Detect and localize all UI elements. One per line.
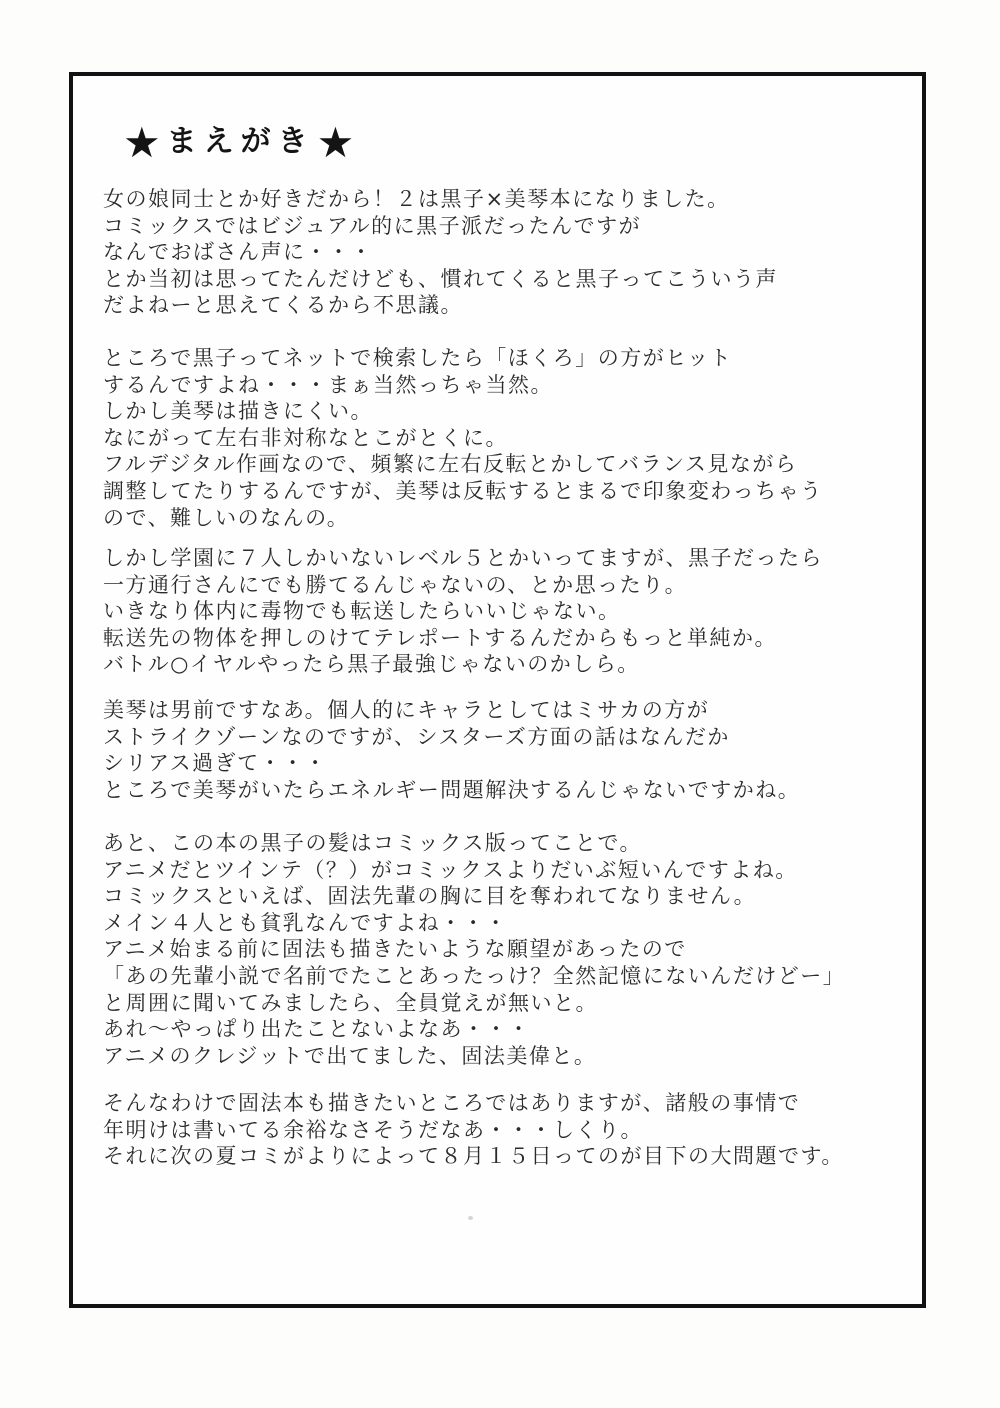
star-icon: ★ bbox=[123, 118, 161, 167]
text-line: ところで美琴がいたらエネルギー問題解決するんじゃないですかね。 bbox=[103, 777, 912, 804]
page-title-text: まえがき bbox=[167, 124, 315, 159]
text-line: だよねーと思えてくるから不思議。 bbox=[103, 292, 912, 319]
text-line: そんなわけで固法本も描きたいところではありますが、諸般の事情で bbox=[103, 1090, 912, 1117]
star-icon: ★ bbox=[317, 118, 355, 167]
paragraph-4: 美琴は男前ですなあ。個人的にキャラとしてはミサカの方が ストライクゾーンなのです… bbox=[103, 697, 912, 803]
paragraph-2: ところで黒子ってネットで検索したら「ほくろ」の方がヒット するんですよね・・・ま… bbox=[103, 345, 912, 531]
text-line: ストライクゾーンなのですが、シスターズ方面の話はなんだか bbox=[103, 724, 912, 751]
paragraph-6: そんなわけで固法本も描きたいところではありますが、諸般の事情で 年明けは書いてる… bbox=[103, 1090, 912, 1170]
text-line: アニメ始まる前に固法も描きたいような願望があったので bbox=[103, 936, 912, 963]
text-line: しかし学園に７人しかいないレベル５とかいってますが、黒子だったら bbox=[103, 545, 912, 572]
text-line: それに次の夏コミがよりによって８月１５日ってのが目下の大問題です。 bbox=[103, 1143, 912, 1170]
text-line: 調整してたりするんですが、美琴は反転するとまるで印象変わっちゃう bbox=[103, 478, 912, 505]
text-line: バトル○イヤルやったら黒子最強じゃないのかしら。 bbox=[103, 651, 912, 678]
text-line: シリアス過ぎて・・・ bbox=[103, 750, 912, 777]
scanned-document-page: ★まえがき★ 女の娘同士とか好きだから！２は黒子×美琴本になりました。 コミック… bbox=[0, 0, 1000, 1408]
text-line: なにがって左右非対称なとこがとくに。 bbox=[103, 425, 912, 452]
text-line: コミックスといえば、固法先輩の胸に目を奪われてなりません。 bbox=[103, 883, 912, 910]
text-line: なんでおばさん声に・・・ bbox=[103, 239, 912, 266]
text-line: あれ～やっぱり出たことないよなあ・・・ bbox=[103, 1016, 912, 1043]
text-line: 「あの先輩小説で名前でたことあったっけ？全然記憶にないんだけどー」 bbox=[103, 963, 912, 990]
text-line: 転送先の物体を押しのけてテレポートするんだからもっと単純か。 bbox=[103, 625, 912, 652]
scan-speck bbox=[468, 1216, 473, 1220]
text-line: ので、難しいのなんの。 bbox=[103, 505, 912, 532]
text-line: いきなり体内に毒物でも転送したらいいじゃない。 bbox=[103, 598, 912, 625]
text-line: 美琴は男前ですなあ。個人的にキャラとしてはミサカの方が bbox=[103, 697, 912, 724]
text-line: メイン４人とも貧乳なんですよね・・・ bbox=[103, 910, 912, 937]
paragraph-3: しかし学園に７人しかいないレベル５とかいってますが、黒子だったら 一方通行さんに… bbox=[103, 545, 912, 678]
paragraph-5: あと、この本の黒子の髪はコミックス版ってことで。 アニメだとツインテ（？）がコミ… bbox=[103, 830, 912, 1069]
text-line: とか当初は思ってたんだけども、慣れてくると黒子ってこういう声 bbox=[103, 266, 912, 293]
text-line: 年明けは書いてる余裕なさそうだなあ・・・しくり。 bbox=[103, 1117, 912, 1144]
text-line: あと、この本の黒子の髪はコミックス版ってことで。 bbox=[103, 830, 912, 857]
text-line: フルデジタル作画なので、頻繁に左右反転とかしてバランス見ながら bbox=[103, 451, 912, 478]
text-line: 一方通行さんにでも勝てるんじゃないの、とか思ったり。 bbox=[103, 572, 912, 599]
page-border-frame: ★まえがき★ 女の娘同士とか好きだから！２は黒子×美琴本になりました。 コミック… bbox=[69, 72, 926, 1308]
text-line: 女の娘同士とか好きだから！２は黒子×美琴本になりました。 bbox=[103, 186, 912, 213]
page-title: ★まえがき★ bbox=[123, 116, 354, 167]
text-line: ところで黒子ってネットで検索したら「ほくろ」の方がヒット bbox=[103, 345, 912, 372]
text-line: アニメのクレジットで出てました、固法美偉と。 bbox=[103, 1043, 912, 1070]
text-line: しかし美琴は描きにくい。 bbox=[103, 398, 912, 425]
text-line: するんですよね・・・まぁ当然っちゃ当然。 bbox=[103, 372, 912, 399]
text-line: アニメだとツインテ（？）がコミックスよりだいぶ短いんですよね。 bbox=[103, 857, 912, 884]
text-line: と周囲に聞いてみましたら、全員覚えが無いと。 bbox=[103, 990, 912, 1017]
paragraph-1: 女の娘同士とか好きだから！２は黒子×美琴本になりました。 コミックスではビジュア… bbox=[103, 186, 912, 319]
text-line: コミックスではビジュアル的に黒子派だったんですが bbox=[103, 213, 912, 240]
